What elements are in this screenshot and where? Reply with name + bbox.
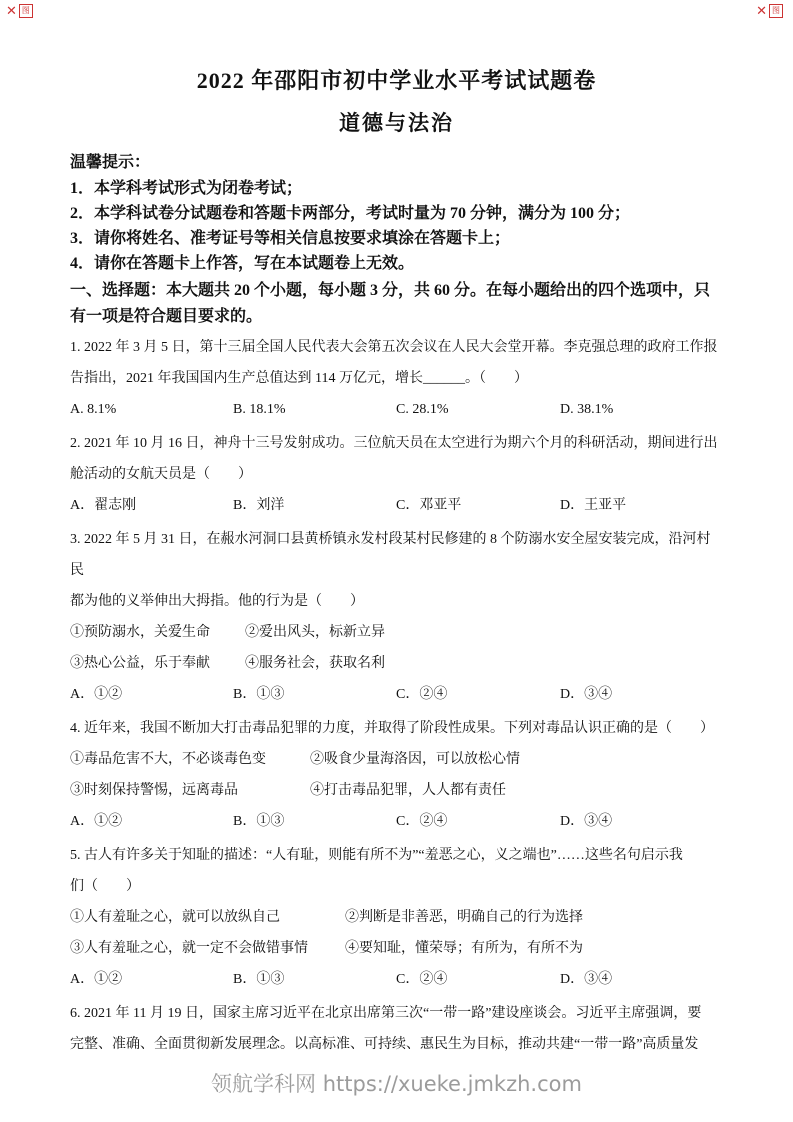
question-stem: 完整、准确、全面贯彻新发展理念。以高标准、可持续、惠民生为目标，推动共建“一带一… [70, 1029, 723, 1060]
option-row: A．①② B．①③ C．②④ D．③④ [70, 964, 723, 995]
broken-image-icon: ✕ 图 [6, 4, 33, 18]
option-c: C．②④ [396, 806, 560, 837]
option-b: B. 18.1% [233, 394, 396, 425]
subject-title: 道德与法治 [70, 108, 723, 138]
broken-image-box-icon: 图 [769, 4, 783, 18]
statement-3: ③时刻保持警惕，远离毒品 [70, 775, 310, 806]
exam-notice: 温馨提示： 1．本学科考试形式为闭卷考试； 2．本学科试卷分试题卷和答题卡两部分… [70, 150, 723, 276]
option-a: A．①② [70, 679, 233, 710]
question-2: 2. 2021 年 10 月 16 日，神舟十三号发射成功。三位航天员在太空进行… [70, 428, 723, 521]
notice-heading: 温馨提示： [70, 150, 723, 176]
option-c: C．②④ [396, 964, 560, 995]
option-a: A．翟志刚 [70, 490, 233, 521]
question-stem: 1. 2022 年 3 月 5 日，第十三届全国人民代表大会第五次会议在人民大会… [70, 332, 723, 363]
option-a: A．①② [70, 806, 233, 837]
broken-image-box-icon: 图 [19, 4, 33, 18]
question-1: 1. 2022 年 3 月 5 日，第十三届全国人民代表大会第五次会议在人民大会… [70, 332, 723, 425]
option-c: C. 28.1% [396, 394, 560, 425]
section-heading-line: 有一项是符合题目要求的。 [70, 304, 723, 330]
statement-3: ③热心公益，乐于奉献 [70, 648, 245, 679]
exam-paper-page: ✕ 图 ✕ 图 2022 年邵阳市初中学业水平考试试题卷 道德与法治 温馨提示：… [0, 0, 793, 1122]
option-d: D. 38.1% [560, 394, 723, 425]
statement-row: ③时刻保持警惕，远离毒品 ④打击毒品犯罪，人人都有责任 [70, 775, 723, 806]
question-stem: 6. 2021 年 11 月 19 日，国家主席习近平在北京出席第三次“一带一路… [70, 998, 723, 1029]
statement-4: ④要知耻，懂荣辱；有所为，有所不为 [345, 933, 583, 964]
broken-image-icon: ✕ 图 [756, 4, 783, 18]
statement-row: ③人有羞耻之心，就一定不会做错事情 ④要知耻，懂荣辱；有所为，有所不为 [70, 933, 723, 964]
option-row: A．翟志刚 B．刘洋 C．邓亚平 D．王亚平 [70, 490, 723, 521]
option-c: C．②④ [396, 679, 560, 710]
question-stem: 4. 近年来，我国不断加大打击毒品犯罪的力度，并取得了阶段性成果。下列对毒品认识… [70, 713, 723, 744]
option-b: B．①③ [233, 964, 396, 995]
statement-2: ②吸食少量海洛因，可以放松心情 [310, 744, 520, 775]
notice-item: 1．本学科考试形式为闭卷考试； [70, 176, 723, 201]
page-title: 2022 年邵阳市初中学业水平考试试题卷 [70, 0, 723, 96]
section-heading: 一、选择题：本大题共 20 个小题，每小题 3 分，共 60 分。在每小题给出的… [70, 278, 723, 330]
question-5: 5. 古人有许多关于知耻的描述：“人有耻，则能有所不为”“羞恶之心，义之端也”…… [70, 840, 723, 995]
option-a: A．①② [70, 964, 233, 995]
statement-row: ①人有羞耻之心，就可以放纵自己 ②判断是非善恶，明确自己的行为选择 [70, 902, 723, 933]
question-list: 1. 2022 年 3 月 5 日，第十三届全国人民代表大会第五次会议在人民大会… [70, 332, 723, 1060]
statement-2: ②爱出风头，标新立异 [245, 617, 385, 648]
question-stem: 们（ ） [70, 871, 723, 902]
statement-4: ④服务社会，获取名利 [245, 648, 385, 679]
notice-item: 2．本学科试卷分试题卷和答题卡两部分，考试时量为 70 分钟，满分为 100 分… [70, 201, 723, 226]
statement-row: ③热心公益，乐于奉献 ④服务社会，获取名利 [70, 648, 723, 679]
option-d: D．③④ [560, 679, 723, 710]
option-d: D．③④ [560, 964, 723, 995]
broken-image-x-icon: ✕ [756, 5, 767, 18]
option-row: A. 8.1% B. 18.1% C. 28.1% D. 38.1% [70, 394, 723, 425]
statement-1: ①毒品危害不大，不必谈毒色变 [70, 744, 310, 775]
notice-item: 3．请你将姓名、准考证号等相关信息按要求填涂在答题卡上； [70, 226, 723, 251]
question-stem: 3. 2022 年 5 月 31 日，在赧水河洞口县黄桥镇永发村段某村民修建的 … [70, 524, 723, 586]
notice-item: 4．请你在答题卡上作答，写在本试题卷上无效。 [70, 251, 723, 276]
statement-row: ①毒品危害不大，不必谈毒色变 ②吸食少量海洛因，可以放松心情 [70, 744, 723, 775]
option-d: D．王亚平 [560, 490, 723, 521]
question-6: 6. 2021 年 11 月 19 日，国家主席习近平在北京出席第三次“一带一路… [70, 998, 723, 1060]
question-stem: 舱活动的女航天员是（ ） [70, 459, 723, 490]
statement-1: ①预防溺水，关爱生命 [70, 617, 245, 648]
question-3: 3. 2022 年 5 月 31 日，在赧水河洞口县黄桥镇永发村段某村民修建的 … [70, 524, 723, 710]
option-b: B．刘洋 [233, 490, 396, 521]
statement-2: ②判断是非善恶，明确自己的行为选择 [345, 902, 583, 933]
option-c: C．邓亚平 [396, 490, 560, 521]
question-4: 4. 近年来，我国不断加大打击毒品犯罪的力度，并取得了阶段性成果。下列对毒品认识… [70, 713, 723, 837]
option-a: A. 8.1% [70, 394, 233, 425]
option-row: A．①② B．①③ C．②④ D．③④ [70, 806, 723, 837]
option-b: B．①③ [233, 679, 396, 710]
statement-row: ①预防溺水，关爱生命 ②爱出风头，标新立异 [70, 617, 723, 648]
question-stem: 2. 2021 年 10 月 16 日，神舟十三号发射成功。三位航天员在太空进行… [70, 428, 723, 459]
section-heading-line: 一、选择题：本大题共 20 个小题，每小题 3 分，共 60 分。在每小题给出的… [70, 278, 723, 304]
site-watermark: 领航学科网 https://xueke.jmkzh.com [0, 1070, 793, 1098]
option-row: A．①② B．①③ C．②④ D．③④ [70, 679, 723, 710]
statement-3: ③人有羞耻之心，就一定不会做错事情 [70, 933, 345, 964]
broken-image-x-icon: ✕ [6, 5, 17, 18]
statement-1: ①人有羞耻之心，就可以放纵自己 [70, 902, 345, 933]
option-d: D．③④ [560, 806, 723, 837]
option-b: B．①③ [233, 806, 396, 837]
question-stem: 都为他的义举伸出大拇指。他的行为是（ ） [70, 586, 723, 617]
statement-4: ④打击毒品犯罪，人人都有责任 [310, 775, 506, 806]
question-stem: 5. 古人有许多关于知耻的描述：“人有耻，则能有所不为”“羞恶之心，义之端也”…… [70, 840, 723, 871]
question-stem: 告指出，2021 年我国国内生产总值达到 114 万亿元，增长______。（ … [70, 363, 723, 394]
